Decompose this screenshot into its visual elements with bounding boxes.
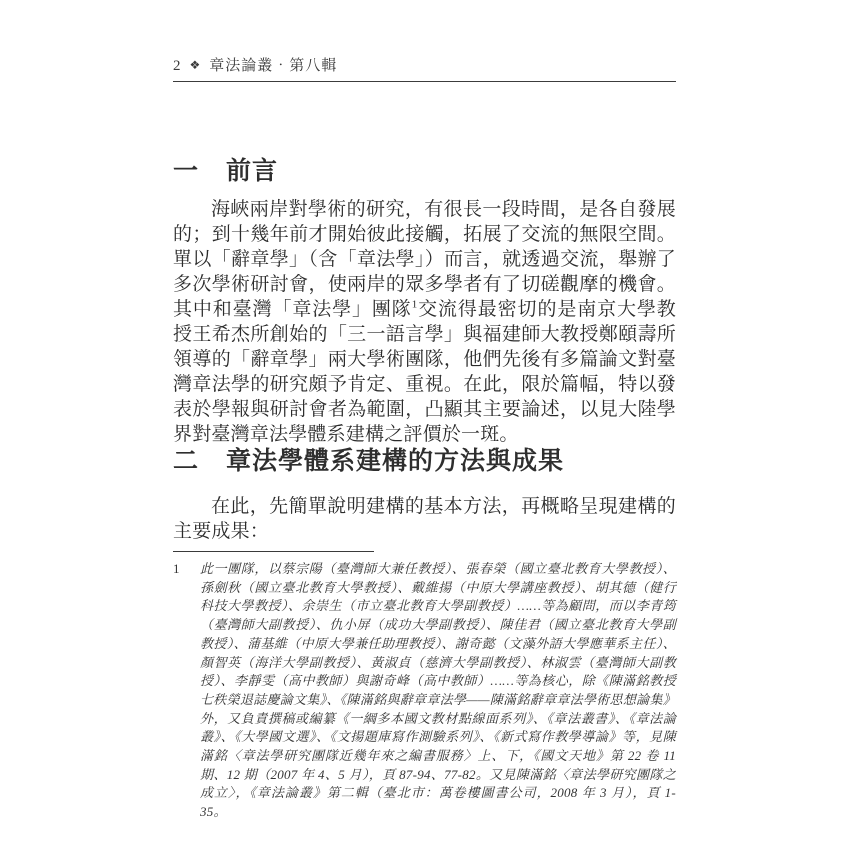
section-2-number: 二	[173, 441, 199, 477]
footnote-text: 此一團隊，以蔡宗陽（臺灣師大兼任教授）、張春榮（國立臺北教育大學教授）、孫劍秋（…	[200, 560, 676, 822]
section-heading-1: 一 前言	[173, 151, 278, 187]
footnote: 1 此一團隊，以蔡宗陽（臺灣師大兼任教授）、張春榮（國立臺北教育大學教授）、孫劍…	[173, 560, 676, 822]
section-1-number: 一	[173, 151, 199, 187]
section-2-title: 章法學體系建構的方法與成果	[226, 441, 564, 477]
paragraph-2: 在此，先簡單說明建構的基本方法，再概略呈現建構的主要成果：	[173, 494, 676, 544]
paragraph-1: 海峽兩岸對學術的研究，有很長一段時間，是各自發展的；到十幾年前才開始彼此接觸，拓…	[173, 197, 676, 447]
diamond-ornament-icon: ❖	[190, 58, 202, 73]
section-1-title: 前言	[226, 151, 278, 187]
page-number: 2	[173, 58, 182, 75]
running-header: 2 ❖ 章法論叢‧第八輯	[173, 54, 676, 82]
footnote-number: 1	[173, 560, 200, 579]
running-title: 章法論叢‧第八輯	[209, 54, 337, 75]
paragraph-1-text-after-ref: 交流得最密切的是南京大學教授王希杰所創始的「三一語言學」與福建師大教授鄭頤壽所領…	[173, 299, 676, 445]
section-heading-2: 二 章法學體系建構的方法與成果	[173, 441, 564, 477]
footnote-separator-rule	[173, 551, 374, 552]
document-page: 2 ❖ 章法論叢‧第八輯 一 前言 海峽兩岸對學術的研究，有很長一段時間，是各自…	[0, 0, 850, 850]
